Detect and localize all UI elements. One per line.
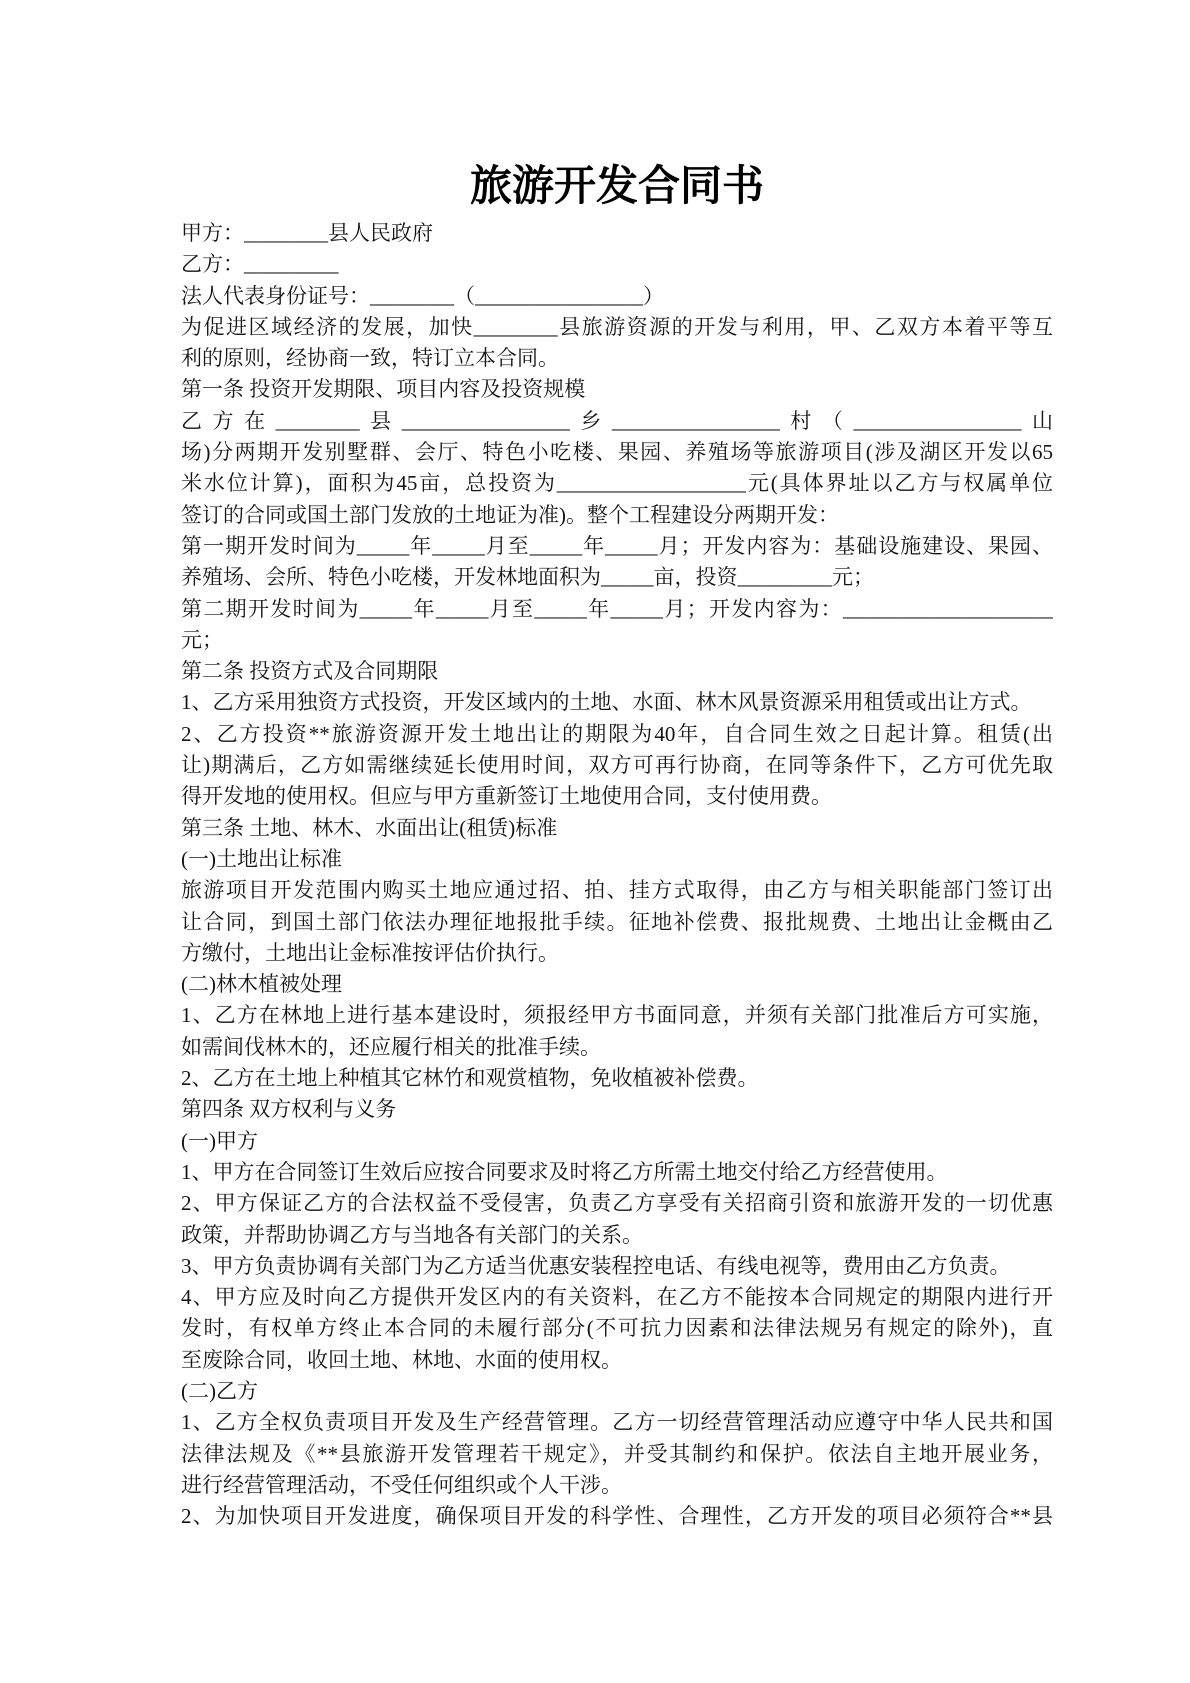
text-line: 发时，有权单方终止本合同的未履行部分(不可抗力因素和法律法规另有规定的除外)，直: [181, 1313, 1053, 1344]
text-line: 如需间伐林木的，还应履行相关的批准手续。: [181, 1032, 1053, 1063]
text-line: 甲方：________县人民政府: [181, 218, 1053, 249]
text-line: 第二期开发时间为_____年_____月至_____年_____月；开发内容为：…: [181, 594, 1053, 625]
document-title: 旅游开发合同书: [181, 163, 1053, 211]
text-line: 1、乙方采用独资方式投资，开发区域内的土地、水面、林木风景资源采用租赁或出让方式…: [181, 687, 1053, 718]
text-line: 第一条 投资开发期限、项目内容及投资规模: [181, 374, 1053, 405]
contract-page: 旅游开发合同书 甲方：________县人民政府乙方：_________法人代表…: [0, 0, 1190, 1683]
text-line: (一)甲方: [181, 1126, 1053, 1157]
text-line: 至废除合同，收回土地、林地、水面的使用权。: [181, 1345, 1053, 1376]
text-line: 为促进区域经济的发展，加快________县旅游资源的开发与利用，甲、乙双方本着…: [181, 312, 1053, 343]
text-line: 1、乙方全权负责项目开发及生产经营管理。乙方一切经营管理活动应遵守中华人民共和国: [181, 1407, 1053, 1438]
text-line: 第二条 投资方式及合同期限: [181, 656, 1053, 687]
text-line: 3、甲方负责协调有关部门为乙方适当优惠安装程控电话、有线电视等，费用由乙方负责。: [181, 1251, 1053, 1282]
text-line: 利的原则，经协商一致，特订立本合同。: [181, 343, 1053, 374]
text-line: 旅游项目开发范围内购买土地应通过招、拍、挂方式取得，由乙方与相关职能部门签订出: [181, 875, 1053, 906]
text-line: 1、乙方在林地上进行基本建设时，须报经甲方书面同意，并须有关部门批准后方可实施，: [181, 1000, 1053, 1031]
text-line: 方缴付，土地出让金标准按评估价执行。: [181, 938, 1053, 969]
text-line: 乙方：_________: [181, 249, 1053, 280]
text-line: 1、甲方在合同签订生效后应按合同要求及时将乙方所需土地交付给乙方经营使用。: [181, 1157, 1053, 1188]
document-lines: 甲方：________县人民政府乙方：_________法人代表身份证号：___…: [181, 218, 1053, 1532]
text-line: 第四条 双方权利与义务: [181, 1094, 1053, 1125]
text-line: 进行经营管理活动，不受任何组织或个人干涉。: [181, 1470, 1053, 1501]
text-line: 法人代表身份证号：________（________________）: [181, 281, 1053, 312]
text-line: 2、甲方保证乙方的合法权益不受侵害，负责乙方享受有关招商引资和旅游开发的一切优惠: [181, 1188, 1053, 1219]
text-line: 2、乙方在土地上种植其它林竹和观赏植物，免收植被补偿费。: [181, 1063, 1053, 1094]
text-line: 2、为加快项目开发进度，确保项目开发的科学性、合理性，乙方开发的项目必须符合**…: [181, 1501, 1053, 1532]
text-line: 场)分两期开发别墅群、会厅、特色小吃楼、果园、养殖场等旅游项目(涉及湖区开发以6…: [181, 437, 1053, 468]
text-line: 养殖场、会所、特色小吃楼，开发林地面积为_____亩，投资_________元；: [181, 562, 1053, 593]
text-line: (二)乙方: [181, 1376, 1053, 1407]
text-line: 第三条 土地、林木、水面出让(租赁)标准: [181, 813, 1053, 844]
text-line: 让)期满后，乙方如需继续延长使用时间，双方可再行协商，在同等条件下，乙方可优先取: [181, 750, 1053, 781]
document-body: 旅游开发合同书 甲方：________县人民政府乙方：_________法人代表…: [181, 163, 1053, 1532]
text-line: (一)土地出让标准: [181, 844, 1053, 875]
text-line: 乙方在________县________________乡___________…: [181, 406, 1053, 437]
text-line: 法律法规及《**县旅游开发管理若干规定》，并受其制约和保护。依法自主地开展业务，: [181, 1439, 1053, 1470]
text-line: 米水位计算)，面积为45亩，总投资为__________________元(具体…: [181, 468, 1053, 499]
text-line: 得开发地的使用权。但应与甲方重新签订土地使用合同，支付使用费。: [181, 781, 1053, 812]
text-line: 4、甲方应及时向乙方提供开发区内的有关资料，在乙方不能按本合同规定的期限内进行开: [181, 1282, 1053, 1313]
text-line: 政策，并帮助协调乙方与当地各有关部门的关系。: [181, 1220, 1053, 1251]
text-line: 2、乙方投资**旅游资源开发土地出让的期限为40年，自合同生效之日起计算。租赁(…: [181, 719, 1053, 750]
text-line: 让合同，到国土部门依法办理征地报批手续。征地补偿费、报批规费、土地出让金概由乙: [181, 907, 1053, 938]
text-line: 签订的合同或国土部门发放的土地证为准)。整个工程建设分两期开发：: [181, 500, 1053, 531]
text-line: (二)林木植被处理: [181, 969, 1053, 1000]
text-line: 元；: [181, 625, 1053, 656]
text-line: 第一期开发时间为_____年_____月至_____年_____月；开发内容为：…: [181, 531, 1053, 562]
